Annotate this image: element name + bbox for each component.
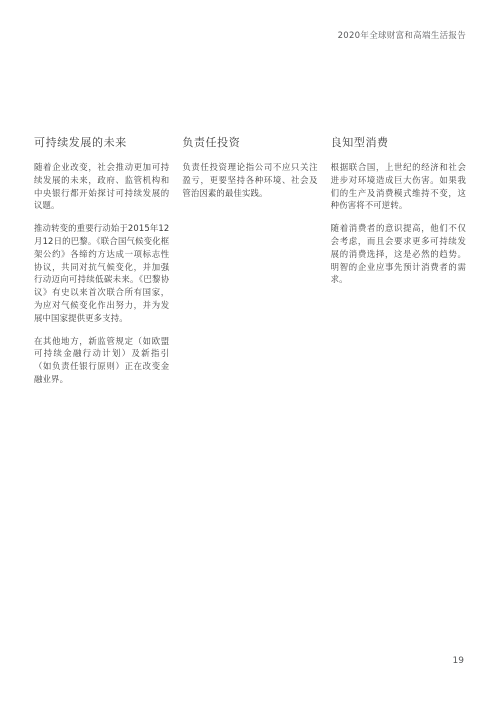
report-title: 2020年全球财富和高端生活报告 <box>338 31 466 41</box>
page-footer: 19 <box>453 656 464 666</box>
column-sustainable-future: 可持续发展的未来 随着企业改变，社会推动更加可持续发展的未来，政府、监管机构和中… <box>34 136 169 396</box>
body-paragraph: 随着企业改变，社会推动更加可持续发展的未来，政府、监管机构和中央银行都开始探讨可… <box>34 161 169 212</box>
column-heading: 负责任投资 <box>182 136 317 150</box>
body-paragraph: 随着消费者的意识提高，他们不仅会考虑，而且会要求更多可持续发展的消费选择，这是必… <box>331 222 466 286</box>
column-heading: 良知型消费 <box>331 136 466 150</box>
body-paragraph: 在其他地方，新监管规定（如欧盟可持续金融行动计划）及新指引（如负责任银行原则）正… <box>34 335 169 386</box>
column-heading: 可持续发展的未来 <box>34 136 169 150</box>
running-header: 2020年全球财富和高端生活报告 <box>34 29 466 41</box>
page-number: 19 <box>453 656 464 666</box>
body-paragraph: 推动转变的重要行动始于2015年12月12日的巴黎。《联合国气候变化框架公约》各… <box>34 222 169 324</box>
column-responsible-investing: 负责任投资 负责任投资理论指公司不应只关注盈亏，更要坚持各种环境、社会及管治因素… <box>182 136 317 396</box>
report-page: 2020年全球财富和高端生活报告 可持续发展的未来 随着企业改变，社会推动更加可… <box>0 0 500 707</box>
body-paragraph: 负责任投资理论指公司不应只关注盈亏，更要坚持各种环境、社会及管治因素的最佳实践。 <box>182 161 317 199</box>
three-column-content: 可持续发展的未来 随着企业改变，社会推动更加可持续发展的未来，政府、监管机构和中… <box>34 136 466 396</box>
body-paragraph: 根据联合国，上世纪的经济和社会进步对环境造成巨大伤害。如果我们的生产及消费模式维… <box>331 161 466 212</box>
column-conscious-consumption: 良知型消费 根据联合国，上世纪的经济和社会进步对环境造成巨大伤害。如果我们的生产… <box>331 136 466 396</box>
